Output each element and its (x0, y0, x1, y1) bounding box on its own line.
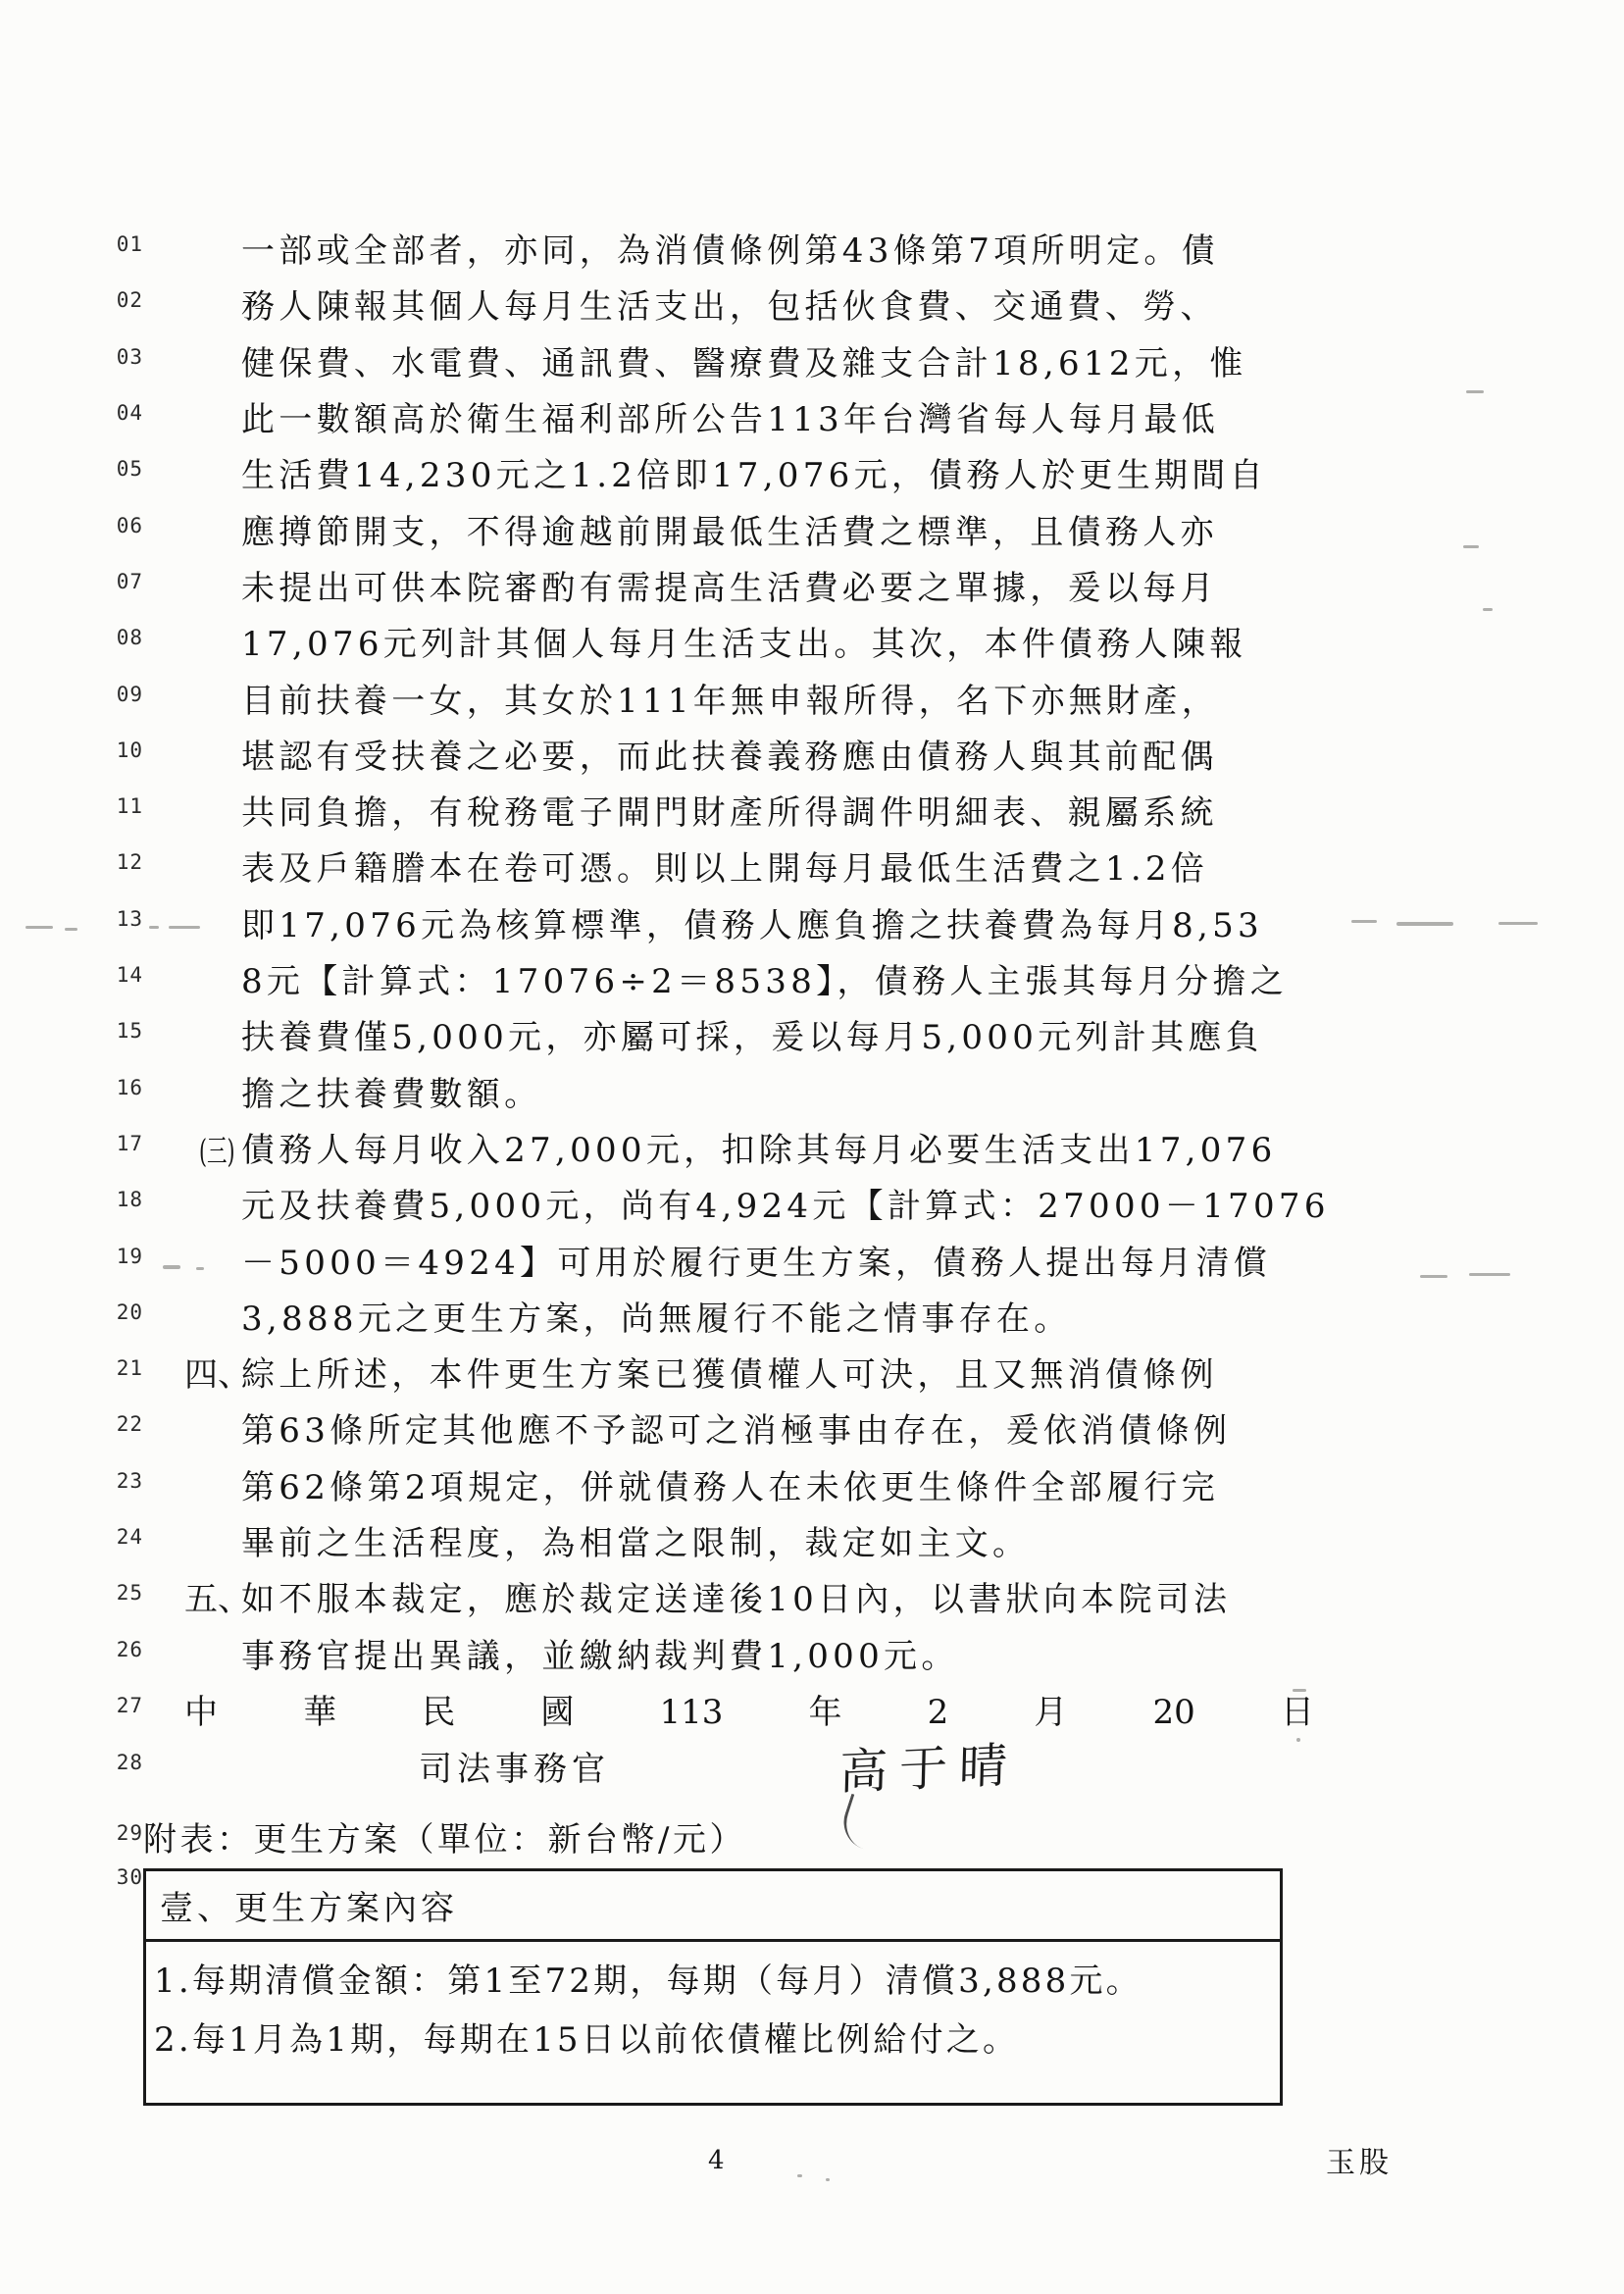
line-number: 19 (98, 1245, 143, 1268)
document-line: 18元及扶養費5,000元，尚有4,924元【計算式：27000－17076 (0, 1179, 1624, 1235)
line-text: 即17,076元為核算標準，債務人應負擔之扶養費為每月8,53 (241, 898, 1263, 954)
line-text: 擔之扶養費數額。 (241, 1067, 541, 1123)
line-number: 26 (98, 1638, 143, 1661)
plan-table-body: 1.每期清償金額：第1至72期，每期（每月）清償3,888元。 2.每1月為1期… (146, 1942, 1280, 2069)
line-text: 債務人每月收入27,000元，扣除其每月必要生活支出17,076 (241, 1123, 1277, 1179)
scan-artifact (1396, 922, 1453, 926)
line-number: 22 (98, 1412, 143, 1436)
line-text: 扶養費僅5,000元，亦屬可採，爰以每月5,000元列計其應負 (241, 1010, 1263, 1066)
line-number: 13 (98, 907, 143, 931)
line-number: 09 (98, 683, 143, 706)
line-text: 應撙節開支，不得逾越前開最低生活費之標準，且債務人亦 (241, 505, 1218, 561)
scan-artifact (1293, 1689, 1306, 1692)
document-line: 05生活費14,230元之1.2倍即17,076元，債務人於更生期間自 (0, 448, 1624, 504)
plan-table-header: 壹、更生方案內容 (146, 1871, 1280, 1942)
section-stamp: 玉股 (1326, 2138, 1393, 2181)
scan-artifact (1498, 922, 1538, 925)
document-line: 25五、如不服本裁定，應於裁定送達後10日內，以書狀向本院司法 (0, 1572, 1624, 1628)
line-number: 17 (98, 1132, 143, 1155)
document-line: 203,888元之更生方案，尚無履行不能之情事存在。 (0, 1292, 1624, 1348)
scan-artifact (1420, 1275, 1447, 1278)
date-segment: 中 (184, 1685, 218, 1741)
document-line: 17(三)債務人每月收入27,000元，扣除其每月必要生活支出17,076 (0, 1123, 1624, 1179)
line-text: 第63條所定其他應不予認可之消極事由存在，爰依消債條例 (241, 1403, 1231, 1459)
document-line: 12表及戶籍謄本在卷可憑。則以上開每月最低生活費之1.2倍 (0, 841, 1624, 897)
document-line: 148元【計算式：17076÷2＝8538】，債務人主張其每月分擔之 (0, 954, 1624, 1010)
line-text: 事務官提出異議，並繳納裁判費1,000元。 (241, 1629, 959, 1685)
line-number: 11 (98, 794, 143, 818)
line-number: 16 (98, 1076, 143, 1099)
plan-table-row: 2.每1月為1期，每期在15日以前依債權比例給付之。 (154, 2011, 1272, 2069)
date-segment-day: 20 (1153, 1685, 1195, 1741)
scan-artifact (826, 2178, 830, 2181)
plan-table-row: 1.每期清償金額：第1至72期，每期（每月）清償3,888元。 (154, 1952, 1272, 2011)
line-number: 29 (98, 1821, 143, 1845)
line-number: 20 (98, 1300, 143, 1324)
line-number: 15 (98, 1019, 143, 1043)
line-text: 表及戶籍謄本在卷可憑。則以上開每月最低生活費之1.2倍 (241, 841, 1208, 897)
line-text: 3,888元之更生方案，尚無履行不能之情事存在。 (241, 1292, 1072, 1348)
document-line: 16擔之扶養費數額。 (0, 1067, 1624, 1123)
scan-artifact (1296, 1738, 1300, 1742)
date-line: 27 中 華 民 國 113 年 2 月 20 日 (0, 1685, 1624, 1741)
line-number: 05 (98, 457, 143, 481)
date-segment: 月 (1034, 1685, 1067, 1741)
line-number: 03 (98, 345, 143, 369)
document-line: 07未提出可供本院審酌有需提高生活費必要之單據，爰以每月 (0, 561, 1624, 617)
line-number: 02 (98, 288, 143, 312)
republic-date: 中 華 民 國 113 年 2 月 20 日 (184, 1685, 1314, 1741)
document-line: 23第62條第2項規定，併就債務人在未依更生條件全部履行完 (0, 1460, 1624, 1516)
document-line: 03健保費、水電費、通訊費、醫療費及雜支合計18,612元，惟 (0, 336, 1624, 392)
scanned-court-document-page: 01一部或全部者，亦同，為消債條例第43條第7項所明定。債 02務人陳報其個人每… (0, 0, 1624, 2294)
document-line: 04此一數額高於衛生福利部所公告113年台灣省每人每月最低 (0, 392, 1624, 448)
line-text: 務人陳報其個人每月生活支出，包括伙食費、交通費、勞、 (241, 280, 1218, 335)
line-number: 08 (98, 626, 143, 649)
line-number: 25 (98, 1581, 143, 1605)
scan-artifact (1469, 1273, 1510, 1276)
line-text: 如不服本裁定，應於裁定送達後10日內，以書狀向本院司法 (241, 1572, 1231, 1628)
date-segment: 民 (422, 1685, 455, 1741)
document-line: 01一部或全部者，亦同，為消債條例第43條第7項所明定。債 (0, 224, 1624, 280)
scan-artifact (1483, 608, 1493, 611)
line-text: 目前扶養一女，其女於111年無申報所得，名下亦無財產， (241, 674, 1219, 730)
document-line: 0817,076元列計其個人每月生活支出。其次，本件債務人陳報 (0, 617, 1624, 673)
scan-artifact (1463, 545, 1479, 548)
scan-artifact (149, 926, 159, 929)
scan-artifact (1466, 390, 1484, 393)
document-line: 21四、綜上所述，本件更生方案已獲債權人可決，且又無消債條例 (0, 1348, 1624, 1403)
signing-officer-title: 司法事務官 (419, 1742, 610, 1798)
scan-artifact (65, 928, 77, 931)
page-number: 4 (708, 2146, 725, 2175)
document-line: 19－5000＝4924】可用於履行更生方案，債務人提出每月清償 (0, 1236, 1624, 1292)
line-number: 27 (98, 1694, 143, 1717)
line-number: 07 (98, 570, 143, 593)
line-number: 12 (98, 850, 143, 874)
line-number: 28 (98, 1751, 143, 1774)
date-segment: 年 (809, 1685, 842, 1741)
document-line: 09目前扶養一女，其女於111年無申報所得，名下亦無財產， (0, 674, 1624, 730)
line-number: 21 (98, 1356, 143, 1380)
line-text: 健保費、水電費、通訊費、醫療費及雜支合計18,612元，惟 (241, 336, 1247, 392)
line-text: 元及扶養費5,000元，尚有4,924元【計算式：27000－17076 (241, 1179, 1330, 1235)
line-number: 10 (98, 739, 143, 762)
document-line: 24畢前之生活程度，為相當之限制，裁定如主文。 (0, 1516, 1624, 1572)
document-line: 10堪認有受扶養之必要，而此扶養義務應由債務人與其前配偶 (0, 730, 1624, 786)
line-text: 生活費14,230元之1.2倍即17,076元，債務人於更生期間自 (241, 448, 1267, 504)
line-number: 30 (98, 1865, 143, 1889)
line-text: 8元【計算式：17076÷2＝8538】，債務人主張其每月分擔之 (241, 954, 1288, 1010)
scan-artifact (169, 926, 200, 929)
line-number: 14 (98, 963, 143, 987)
plan-table: 壹、更生方案內容 1.每期清償金額：第1至72期，每期（每月）清償3,888元。… (143, 1868, 1283, 2106)
date-segment: 日 (1281, 1685, 1314, 1741)
line-text: 此一數額高於衛生福利部所公告113年台灣省每人每月最低 (241, 392, 1219, 448)
line-text: 共同負擔，有稅務電子閘門財產所得調件明細表、親屬系統 (241, 786, 1218, 841)
line-number: 24 (98, 1525, 143, 1549)
date-segment: 國 (540, 1685, 574, 1741)
date-segment-year: 113 (660, 1685, 724, 1741)
scan-artifact (1351, 920, 1377, 923)
line-text: 第62條第2項規定，併就債務人在未依更生條件全部履行完 (241, 1460, 1219, 1516)
scan-artifact (196, 1267, 204, 1270)
scan-artifact (797, 2174, 802, 2177)
scan-artifact (163, 1265, 180, 1269)
line-text: －5000＝4924】可用於履行更生方案，債務人提出每月清償 (241, 1236, 1271, 1292)
scan-artifact (25, 926, 53, 929)
line-text: 未提出可供本院審酌有需提高生活費必要之單據，爰以每月 (241, 561, 1218, 617)
line-text: 畢前之生活程度，為相當之限制，裁定如主文。 (241, 1516, 1030, 1572)
line-number: 04 (98, 401, 143, 425)
line-number: 01 (98, 232, 143, 256)
document-line: 22第63條所定其他應不予認可之消極事由存在，爰依消債條例 (0, 1403, 1624, 1459)
document-line: 11共同負擔，有稅務電子閘門財產所得調件明細表、親屬系統 (0, 786, 1624, 841)
document-line: 02務人陳報其個人每月生活支出，包括伙食費、交通費、勞、 (0, 280, 1624, 335)
document-line: 13即17,076元為核算標準，債務人應負擔之扶養費為每月8,53 (0, 898, 1624, 954)
line-number: 18 (98, 1188, 143, 1211)
line-text: 17,076元列計其個人每月生活支出。其次，本件債務人陳報 (241, 617, 1247, 673)
document-line: 26事務官提出異議，並繳納裁判費1,000元。 (0, 1629, 1624, 1685)
date-segment: 華 (303, 1685, 336, 1741)
line-number: 23 (98, 1469, 143, 1493)
line-text: 一部或全部者，亦同，為消債條例第43條第7項所明定。債 (241, 224, 1219, 280)
list-marker: (三) (199, 1123, 234, 1179)
line-text: 綜上所述，本件更生方案已獲債權人可決，且又無消債條例 (241, 1348, 1218, 1403)
line-text: 堪認有受扶養之必要，而此扶養義務應由債務人與其前配偶 (241, 730, 1218, 786)
document-line: 15扶養費僅5,000元，亦屬可採，爰以每月5,000元列計其應負 (0, 1010, 1624, 1066)
document-line: 06應撙節開支，不得逾越前開最低生活費之標準，且債務人亦 (0, 505, 1624, 561)
line-number: 06 (98, 514, 143, 537)
